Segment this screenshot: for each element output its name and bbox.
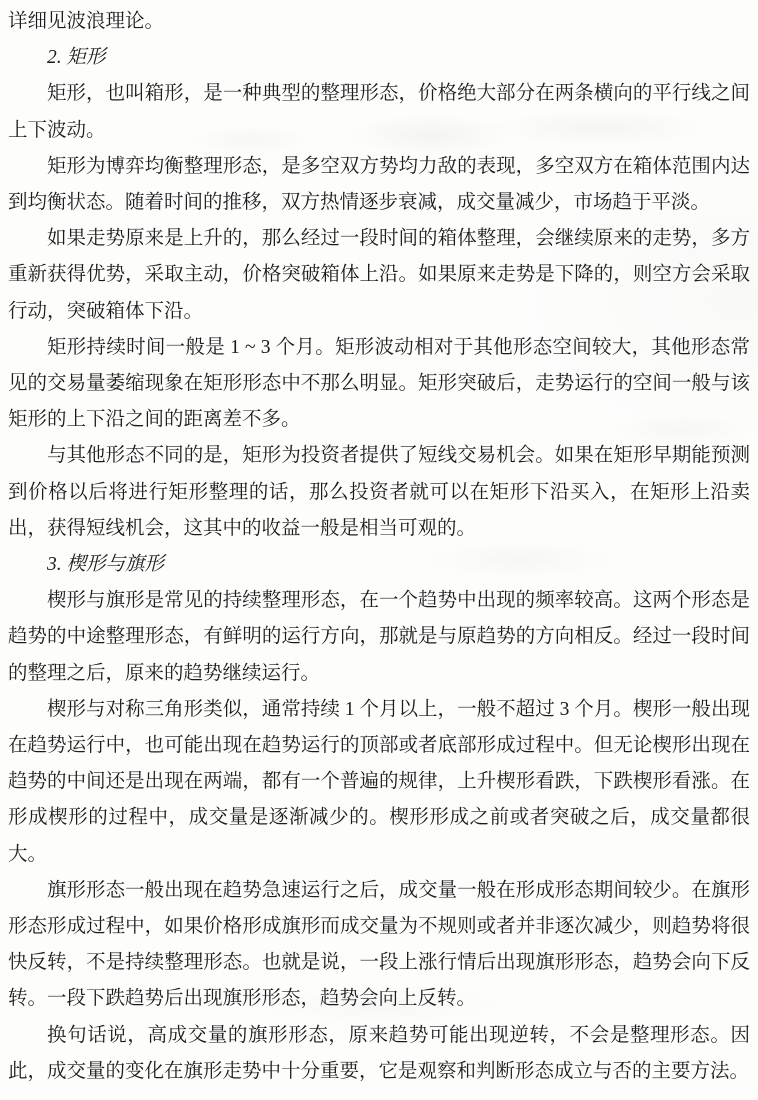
paragraph-continuation: 详细见波浪理论。	[8, 4, 750, 40]
section-heading-rectangle: 2. 矩形	[8, 40, 750, 76]
paragraph: 矩形为博弈均衡整理形态，是多空双方势均力敌的表现，多空双方在箱体范围内达到均衡状…	[8, 149, 750, 221]
paragraph: 换句话说，高成交量的旗形形态，原来趋势可能出现逆转，不会是整理形态。因此，成交量…	[8, 1018, 750, 1090]
paragraph: 与其他形态不同的是，矩形为投资者提供了短线交易机会。如果在矩形早期能预测到价格以…	[8, 438, 750, 547]
paragraph: 矩形持续时间一般是 1 ~ 3 个月。矩形波动相对于其他形态空间较大，其他形态常…	[8, 330, 750, 439]
paragraph: 旗形形态一般出现在趋势急速运行之后，成交量一般在形成形态期间较少。在旗形形态形成…	[8, 873, 750, 1018]
section-heading-wedge-flag: 3. 楔形与旗形	[8, 547, 750, 583]
paragraph: 楔形与旗形是常见的持续整理形态，在一个趋势中出现的频率较高。这两个形态是趋势的中…	[8, 583, 750, 692]
paragraph: 矩形，也叫箱形，是一种典型的整理形态，价格绝大部分在两条横向的平行线之间上下波动…	[8, 76, 750, 148]
paragraph: 楔形与对称三角形类似，通常持续 1 个月以上，一般不超过 3 个月。楔形一般出现…	[8, 692, 750, 873]
paragraph: 如果走势原来是上升的，那么经过一段时间的箱体整理，会继续原来的走势，多方重新获得…	[8, 221, 750, 330]
book-page: 详细见波浪理论。 2. 矩形 矩形，也叫箱形，是一种典型的整理形态，价格绝大部分…	[0, 0, 758, 1100]
